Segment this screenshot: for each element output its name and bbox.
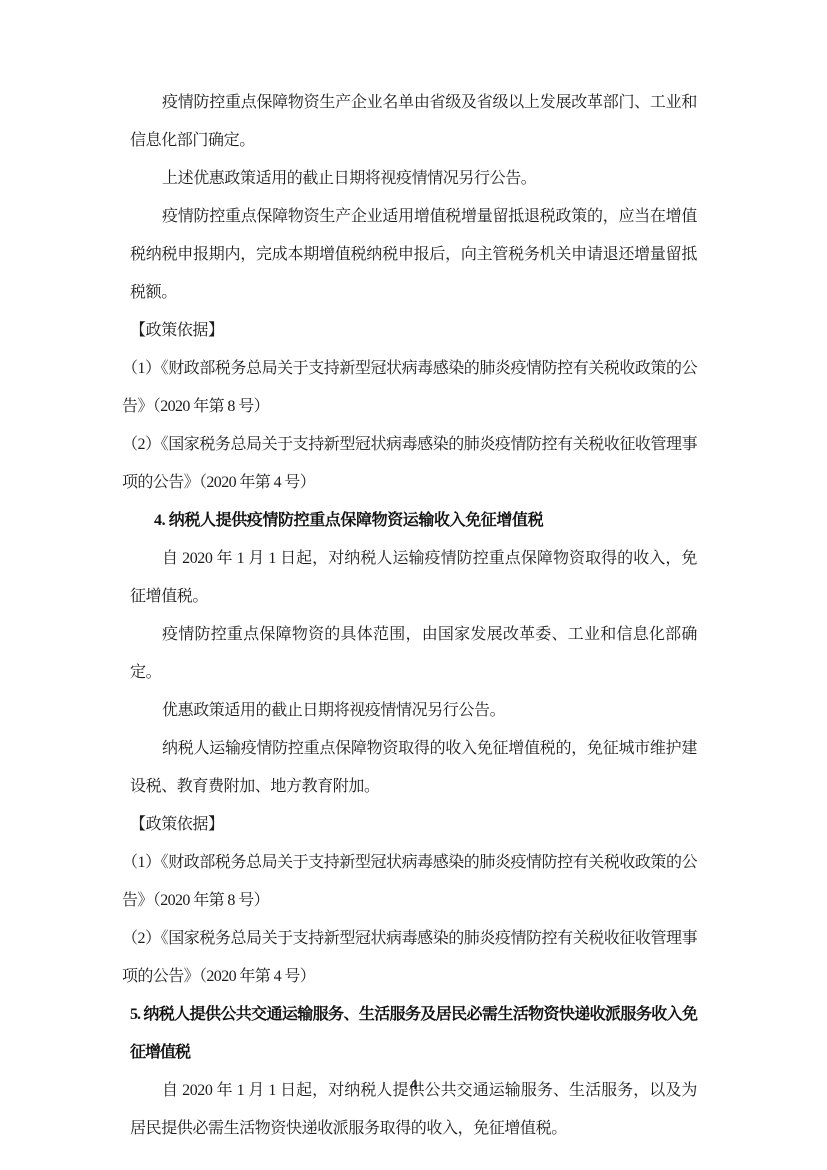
body-paragraph: 疫情防控重点保障物资的具体范围，由国家发展改革委、工业和信息化部确定。 [130, 616, 697, 692]
body-paragraph: 纳税人运输疫情防控重点保障物资取得的收入免征增值税的，免征城市维护建设税、教育费… [130, 730, 697, 806]
body-paragraph: 上述优惠政策适用的截止日期将视疫情情况另行公告。 [130, 160, 697, 198]
body-paragraph: 自 2020 年 1 月 1 日起，对纳税人运输疫情防控重点保障物资取得的收入，… [130, 540, 697, 616]
section-5-heading: 5. 纳税人提供公共交通运输服务、生活服务及居民必需生活物资快递收派服务收入免征… [130, 996, 697, 1072]
policy-basis-label: 【政策依据】 [130, 806, 697, 844]
body-paragraph: 疫情防控重点保障物资生产企业适用增值税增量留抵退税政策的，应当在增值税纳税申报期… [130, 198, 697, 312]
policy-reference-item: （2）《国家税务总局关于支持新型冠状病毒感染的肺炎疫情防控有关税收征收管理事项的… [122, 426, 697, 502]
page-footer: 4 [0, 1075, 827, 1095]
policy-reference-item: （2）《国家税务总局关于支持新型冠状病毒感染的肺炎疫情防控有关税收征收管理事项的… [122, 920, 697, 996]
body-paragraph: 优惠政策适用的截止日期将视疫情情况另行公告。 [130, 692, 697, 730]
body-paragraph: 疫情防控重点保障物资生产企业名单由省级及省级以上发展改革部门、工业和信息化部门确… [130, 84, 697, 160]
policy-reference-item: （1）《财政部税务总局关于支持新型冠状病毒感染的肺炎疫情防控有关税收政策的公告》… [122, 350, 697, 426]
policy-basis-label: 【政策依据】 [130, 312, 697, 350]
document-page: 疫情防控重点保障物资生产企业名单由省级及省级以上发展改革部门、工业和信息化部门确… [0, 0, 827, 1170]
document-content: 疫情防控重点保障物资生产企业名单由省级及省级以上发展改革部门、工业和信息化部门确… [130, 84, 697, 1148]
policy-reference-item: （1）《财政部税务总局关于支持新型冠状病毒感染的肺炎疫情防控有关税收政策的公告》… [122, 844, 697, 920]
page-number: 4 [410, 1077, 418, 1093]
section-4-heading: 4. 纳税人提供疫情防控重点保障物资运输收入免征增值税 [130, 502, 697, 540]
